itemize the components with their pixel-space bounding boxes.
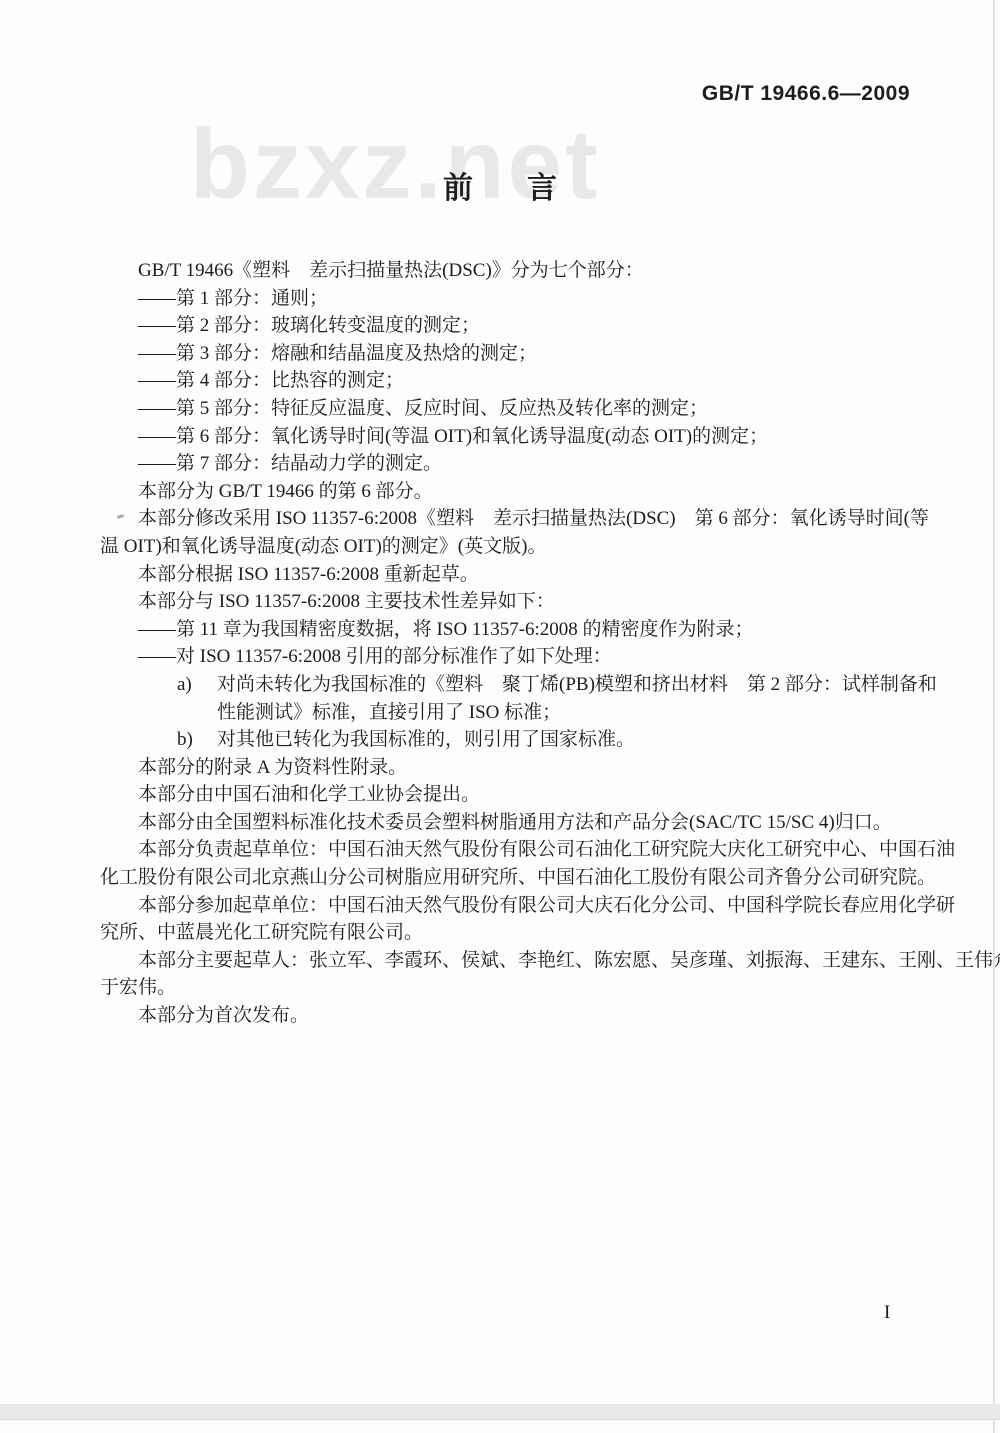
text-line: ——对 ISO 11357-6:2008 引用的部分标准作了如下处理： — [100, 643, 915, 671]
line-text: 性能测试》标准，直接引用了 ISO 标准； — [217, 702, 561, 723]
line-text: ——第 11 章为我国精密度数据，将 ISO 11357-6:2008 的精密度… — [138, 619, 754, 640]
text-line: 本部分为首次发布。 — [100, 1002, 915, 1030]
text-line: 温 OIT)和氧化诱导温度(动态 OIT)的测定》(英文版)。 — [100, 533, 915, 561]
line-text: 本部分根据 ISO 11357-6:2008 重新起草。 — [138, 564, 479, 585]
line-text: 本部分与 ISO 11357-6:2008 主要技术性差异如下： — [138, 591, 555, 612]
document-page: GB/T 19466.6—2009 bzxz.net 前 言 GB/T 1946… — [0, 0, 1000, 1433]
text-line: 本部分修改采用 ISO 11357-6:2008《塑料 差示扫描量热法(DSC)… — [100, 505, 915, 533]
line-text: 本部分由中国石油和化学工业协会提出。 — [138, 784, 480, 805]
list-item-label: b) — [177, 726, 217, 754]
text-line: 本部分主要起草人：张立军、李霞环、侯斌、李艳红、陈宏愿、吴彦瑾、刘振海、王建东、… — [100, 947, 915, 975]
text-line: 性能测试》标准，直接引用了 ISO 标准； — [100, 699, 915, 727]
text-line: 本部分为 GB/T 19466 的第 6 部分。 — [100, 478, 915, 506]
line-text: 本部分主要起草人：张立军、李霞环、侯斌、李艳红、陈宏愿、吴彦瑾、刘振海、王建东、… — [138, 950, 1000, 971]
title-char-1: 前 — [443, 163, 473, 207]
line-text: ——第 1 部分：通则； — [138, 288, 328, 309]
line-text: 对尚未转化为我国标准的《塑料 聚丁烯(PB)模塑和挤出材料 第 2 部分：试样制… — [217, 674, 937, 695]
line-text: 究所、中蓝晨光化工研究院有限公司。 — [100, 922, 423, 943]
line-text: ——第 2 部分：玻璃化转变温度的测定； — [138, 315, 480, 336]
line-text: 本部分修改采用 ISO 11357-6:2008《塑料 差示扫描量热法(DSC)… — [138, 508, 929, 529]
line-text: ——第 5 部分：特征反应温度、反应时间、反应热及转化率的测定； — [138, 398, 708, 419]
text-line: GB/T 19466《塑料 差示扫描量热法(DSC)》分为七个部分： — [100, 257, 915, 285]
text-line: ——第 1 部分：通则； — [100, 285, 915, 313]
text-line: 化工股份有限公司北京燕山分公司树脂应用研究所、中国石油化工股份有限公司齐鲁分公司… — [100, 864, 915, 892]
line-text: 化工股份有限公司北京燕山分公司树脂应用研究所、中国石油化工股份有限公司齐鲁分公司… — [100, 867, 936, 888]
text-line: 本部分负责起草单位：中国石油天然气股份有限公司石油化工研究院大庆化工研究中心、中… — [100, 836, 915, 864]
line-text: ——对 ISO 11357-6:2008 引用的部分标准作了如下处理： — [138, 646, 612, 667]
text-line: 本部分的附录 A 为资料性附录。 — [100, 754, 915, 782]
text-line: ——第 6 部分：氧化诱导时间(等温 OIT)和氧化诱导温度(动态 OIT)的测… — [100, 423, 915, 451]
line-text: ——第 6 部分：氧化诱导时间(等温 OIT)和氧化诱导温度(动态 OIT)的测… — [138, 426, 768, 447]
text-line: ——第 2 部分：玻璃化转变温度的测定； — [100, 312, 915, 340]
text-line: 本部分参加起草单位：中国石油天然气股份有限公司大庆石化分公司、中国科学院长春应用… — [100, 892, 915, 920]
text-line: 本部分由中国石油和化学工业协会提出。 — [100, 781, 915, 809]
line-text: 于宏伟。 — [100, 977, 176, 998]
scan-edge-line-artifact — [993, 0, 995, 1433]
text-line: ——第 4 部分：比热容的测定； — [100, 367, 915, 395]
line-text: 本部分为首次发布。 — [138, 1005, 309, 1026]
title-char-2: 言 — [527, 163, 557, 207]
text-line: b)对其他已转化为我国标准的，则引用了国家标准。 — [100, 726, 915, 754]
text-line: ——第 11 章为我国精密度数据，将 ISO 11357-6:2008 的精密度… — [100, 616, 915, 644]
scan-bottom-bar-artifact — [0, 1404, 1000, 1420]
text-line: 本部分由全国塑料标准化技术委员会塑料树脂通用方法和产品分会(SAC/TC 15/… — [100, 809, 915, 837]
page-number: I — [884, 1302, 890, 1324]
page-title: 前 言 — [0, 163, 1000, 207]
line-text: 温 OIT)和氧化诱导温度(动态 OIT)的测定》(英文版)。 — [100, 536, 546, 557]
text-line: a)对尚未转化为我国标准的《塑料 聚丁烯(PB)模塑和挤出材料 第 2 部分：试… — [100, 671, 915, 699]
standard-code-header: GB/T 19466.6—2009 — [702, 82, 910, 106]
foreword-body: GB/T 19466《塑料 差示扫描量热法(DSC)》分为七个部分：——第 1 … — [100, 257, 915, 1030]
line-text: GB/T 19466《塑料 差示扫描量热法(DSC)》分为七个部分： — [138, 260, 644, 281]
line-text: 本部分的附录 A 为资料性附录。 — [138, 757, 407, 778]
text-line: 本部分根据 ISO 11357-6:2008 重新起草。 — [100, 561, 915, 589]
text-line: ——第 5 部分：特征反应温度、反应时间、反应热及转化率的测定； — [100, 395, 915, 423]
line-text: 对其他已转化为我国标准的，则引用了国家标准。 — [217, 729, 635, 750]
text-line: ——第 3 部分：熔融和结晶温度及热焓的测定； — [100, 340, 915, 368]
text-line: 于宏伟。 — [100, 974, 915, 1002]
line-text: 本部分为 GB/T 19466 的第 6 部分。 — [138, 481, 433, 502]
line-text: ——第 7 部分：结晶动力学的测定。 — [138, 453, 442, 474]
list-item-label: a) — [177, 671, 217, 699]
line-text: 本部分参加起草单位：中国石油天然气股份有限公司大庆石化分公司、中国科学院长春应用… — [138, 895, 955, 916]
text-line: 本部分与 ISO 11357-6:2008 主要技术性差异如下： — [100, 588, 915, 616]
line-text: ——第 4 部分：比热容的测定； — [138, 370, 404, 391]
line-text: ——第 3 部分：熔融和结晶温度及热焓的测定； — [138, 343, 537, 364]
line-text: 本部分负责起草单位：中国石油天然气股份有限公司石油化工研究院大庆化工研究中心、中… — [138, 839, 955, 860]
text-line: 究所、中蓝晨光化工研究院有限公司。 — [100, 919, 915, 947]
line-text: 本部分由全国塑料标准化技术委员会塑料树脂通用方法和产品分会(SAC/TC 15/… — [138, 812, 892, 833]
text-line: ——第 7 部分：结晶动力学的测定。 — [100, 450, 915, 478]
